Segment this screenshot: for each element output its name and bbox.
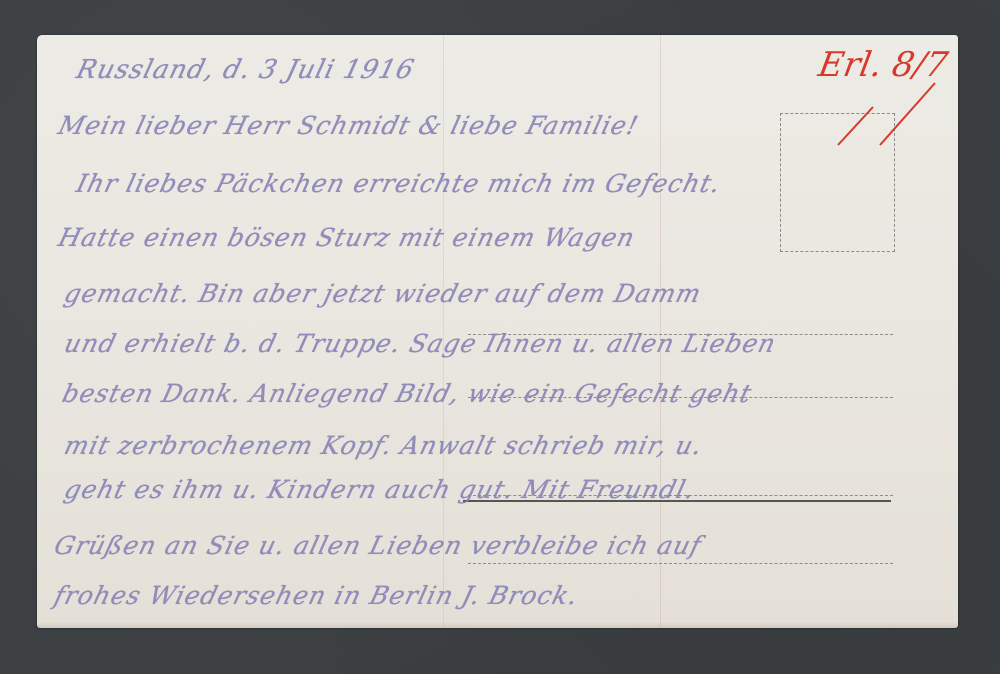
letter-line: und erhielt b. d. Truppe. Sage Ihnen u. …: [61, 329, 779, 358]
letter-line: Grüßen an Sie u. allen Lieben verbleibe …: [51, 531, 704, 560]
letter-line: gemacht. Bin aber jetzt wieder auf dem D…: [61, 279, 704, 308]
letter-line: Ihr liebes Päckchen erreichte mich im Ge…: [73, 169, 724, 198]
letter-line: Hatte einen bösen Sturz mit einem Wagen: [55, 223, 638, 252]
stamp-box: [780, 113, 895, 252]
red-annotation: Erl. 8/7: [815, 45, 950, 85]
postcard: Russland, d. 3 Juli 1916 Mein lieber Her…: [37, 35, 958, 628]
letter-closing-signature: frohes Wiedersehen in Berlin J. Brock.: [51, 581, 581, 610]
letter-line: mit zerbrochenem Kopf. Anwalt schrieb mi…: [61, 431, 706, 460]
letter-line: geht es ihm u. Kindern auch gut. Mit Fre…: [61, 475, 698, 504]
letter-line: besten Dank. Anliegend Bild, wie ein Gef…: [59, 379, 755, 408]
letter-date-line: Russland, d. 3 Juli 1916: [73, 55, 417, 85]
address-line-4: [468, 563, 893, 564]
letter-line: Mein lieber Herr Schmidt & liebe Familie…: [55, 111, 641, 140]
